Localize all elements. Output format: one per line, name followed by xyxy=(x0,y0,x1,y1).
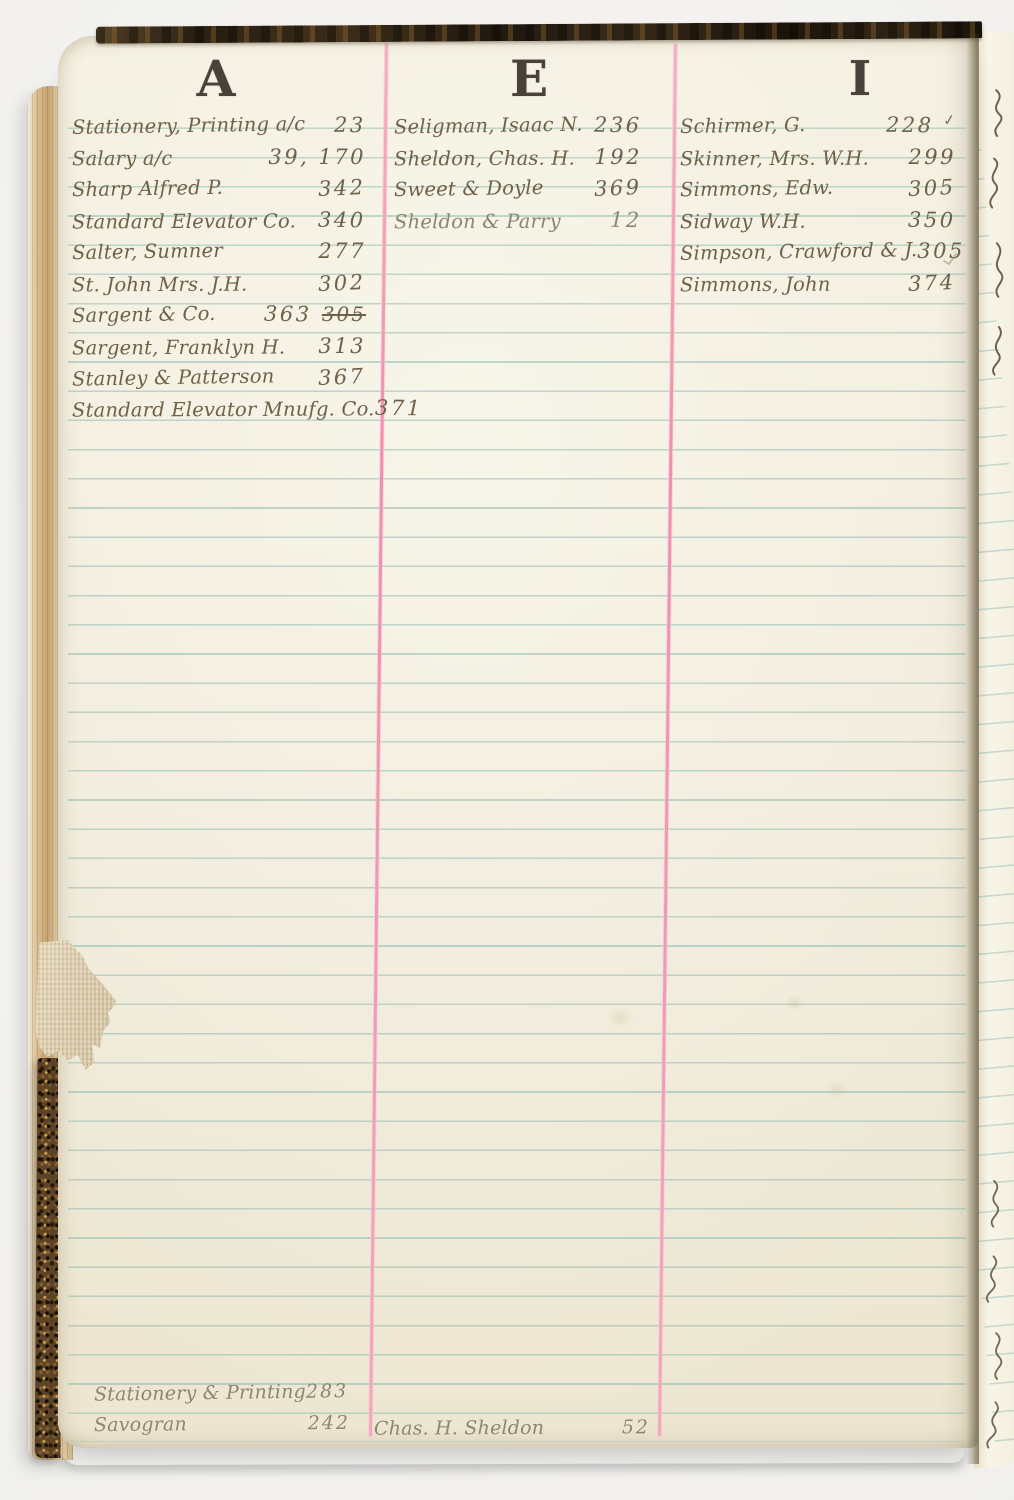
index-entry: Stanley & Patterson367 xyxy=(72,358,378,389)
entry-page-number: 242 xyxy=(308,1412,350,1434)
entry-name: Simmons, John xyxy=(680,272,831,296)
index-entry: Sweet & Doyle369 xyxy=(394,169,666,200)
index-entry: Simmons, Edw.305 xyxy=(680,169,962,200)
index-column-A: AStationery, Printing a/c23Salary a/c39,… xyxy=(72,56,378,420)
entry-page-number: 277 xyxy=(318,239,366,263)
index-entry: Standard Elevator Mnufg. Co.371 xyxy=(72,389,378,420)
entry-name: Sargent, Franklyn H. xyxy=(72,335,285,359)
entry-page-number: 340 xyxy=(318,207,366,232)
entry-page-number: 236 xyxy=(594,113,642,138)
entry-page-number: 305 xyxy=(908,175,957,201)
entry-numbers: 340 xyxy=(318,208,366,232)
entry-name: Sidway W.H. xyxy=(680,209,806,233)
index-entry: Stationery, Printing a/c23 xyxy=(72,106,378,137)
index-entry: Sheldon, Chas. H.192 xyxy=(394,137,666,168)
column-letter-A: A xyxy=(64,56,370,104)
entry-page-number: 52 xyxy=(622,1416,650,1438)
entry-page-struck: 305 xyxy=(322,302,366,326)
entry-name: Chas. H. Sheldon xyxy=(374,1417,544,1440)
entry-numbers: 374 xyxy=(908,271,956,295)
ledger-photo: AStationery, Printing a/c23Salary a/c39,… xyxy=(0,0,1014,1500)
entry-name: Salter, Sumner xyxy=(72,239,223,264)
entry-page-number: 313 xyxy=(318,334,366,358)
entry-name: Sheldon, Chas. H. xyxy=(394,146,575,170)
entry-page-number: 371 xyxy=(374,396,422,421)
index-entry: Salter, Sumner277 xyxy=(72,232,378,263)
entry-page-number: 374 xyxy=(908,270,957,296)
index-entry: Schirmer, G.228✓ xyxy=(680,106,962,137)
entry-numbers: 23 xyxy=(334,113,366,137)
entry-name: Stationery, Printing a/c xyxy=(72,113,306,140)
entry-numbers: 299 xyxy=(908,145,956,169)
entry-name: Savogran xyxy=(94,1413,187,1436)
column-letter-I: I xyxy=(720,56,1002,104)
entry-page-number: 23 xyxy=(334,113,366,138)
entry-numbers: 12 xyxy=(610,208,642,232)
stray-pencil-mark xyxy=(942,252,958,266)
entry-numbers: 350 xyxy=(908,208,956,232)
entry-page-number: 228 xyxy=(886,113,934,138)
entry-name: Sargent & Co. xyxy=(72,302,216,327)
entry-numbers: 228✓ xyxy=(886,113,956,137)
entry-numbers: 39, 170 xyxy=(268,145,366,169)
footer-index-entry: Chas. H. Sheldon52 xyxy=(374,1416,650,1439)
entry-numbers: 192 xyxy=(594,145,642,169)
index-entry: Sargent, Franklyn H.313 xyxy=(72,326,378,357)
entry-name: Stationery & Printing xyxy=(94,1381,306,1406)
next-page-sliver xyxy=(974,30,1014,1468)
entry-numbers: 367 xyxy=(318,365,366,389)
entry-numbers: 236 xyxy=(594,113,642,137)
entry-page-number: 12 xyxy=(610,207,642,232)
index-entry: Simpson, Crawford & J.305 xyxy=(680,232,962,263)
index-entry: Skinner, Mrs. W.H.299 xyxy=(680,137,962,168)
entry-numbers: 342 xyxy=(318,176,366,200)
index-entry: Sargent & Co.363305 xyxy=(72,295,378,326)
entry-name: Simmons, Edw. xyxy=(680,176,834,201)
index-entry: Sharp Alfred P.342 xyxy=(72,169,378,200)
entry-name: Skinner, Mrs. W.H. xyxy=(680,146,869,170)
entry-name: Sheldon & Parry xyxy=(394,209,561,233)
entry-numbers: 277 xyxy=(318,239,366,263)
index-entry: Standard Elevator Co.340 xyxy=(72,200,378,231)
index-column-I: ISchirmer, G.228✓Skinner, Mrs. W.H.299Si… xyxy=(680,56,962,295)
entry-page-number: 363 xyxy=(264,302,312,327)
entry-name: Seligman, Isaac N. xyxy=(394,113,583,139)
index-rows: Seligman, Isaac N.236Sheldon, Chas. H.19… xyxy=(394,106,666,232)
footer-index-entry: Savogran242 xyxy=(94,1412,350,1436)
index-rows: Schirmer, G.228✓Skinner, Mrs. W.H.299Sim… xyxy=(680,106,962,295)
entry-page-number: 367 xyxy=(318,364,367,390)
index-entry: St. John Mrs. J.H.302 xyxy=(72,263,378,294)
entry-name: Stanley & Patterson xyxy=(72,364,275,390)
index-entry: Seligman, Isaac N.236 xyxy=(394,106,666,137)
entry-numbers: 305 xyxy=(908,176,956,200)
entry-page-number: 299 xyxy=(908,145,956,169)
entry-page-number: 283 xyxy=(306,1380,349,1403)
entry-numbers: 363305 xyxy=(264,302,366,326)
index-entry: Sheldon & Parry12 xyxy=(394,200,666,231)
entry-name: Standard Elevator Mnufg. Co. xyxy=(72,398,375,422)
index-rows: Stationery, Printing a/c23Salary a/c39, … xyxy=(72,106,378,420)
entry-name: Simpson, Crawford & J. xyxy=(680,238,918,265)
entry-name: Sweet & Doyle xyxy=(394,176,544,201)
index-entry: Salary a/c39, 170 xyxy=(72,137,378,168)
page-gutter-shadow xyxy=(966,34,979,1464)
entry-name: Salary a/c xyxy=(72,147,173,170)
entry-name: Schirmer, G. xyxy=(680,113,806,138)
entry-numbers: 302 xyxy=(318,271,366,295)
check-mark-icon: ✓ xyxy=(942,111,957,131)
index-column-E: ESeligman, Isaac N.236Sheldon, Chas. H.1… xyxy=(394,56,666,232)
entry-name: St. John Mrs. J.H. xyxy=(72,272,248,296)
index-entry: Simmons, John374 xyxy=(680,263,962,294)
entry-page-number: 350 xyxy=(908,207,956,232)
entry-numbers: 371 xyxy=(375,396,423,420)
entry-page-number: 302 xyxy=(318,270,367,296)
index-entry: Sidway W.H.350 xyxy=(680,200,962,231)
entry-name: Sharp Alfred P. xyxy=(72,176,223,201)
entry-page-number: 192 xyxy=(594,145,642,169)
column-letter-E: E xyxy=(394,56,666,104)
entry-page-number: 342 xyxy=(318,175,367,201)
index-page: AStationery, Printing a/c23Salary a/c39,… xyxy=(58,36,978,1448)
entry-numbers: 369 xyxy=(594,176,642,200)
index-content: AStationery, Printing a/c23Salary a/c39,… xyxy=(58,36,978,1448)
entry-page-number: 39, 170 xyxy=(268,145,366,169)
entry-page-number: 369 xyxy=(594,175,643,201)
entry-name: Standard Elevator Co. xyxy=(72,209,296,233)
entry-numbers: 313 xyxy=(318,334,366,358)
footer-index-entry: Stationery & Printing283 xyxy=(94,1380,332,1405)
